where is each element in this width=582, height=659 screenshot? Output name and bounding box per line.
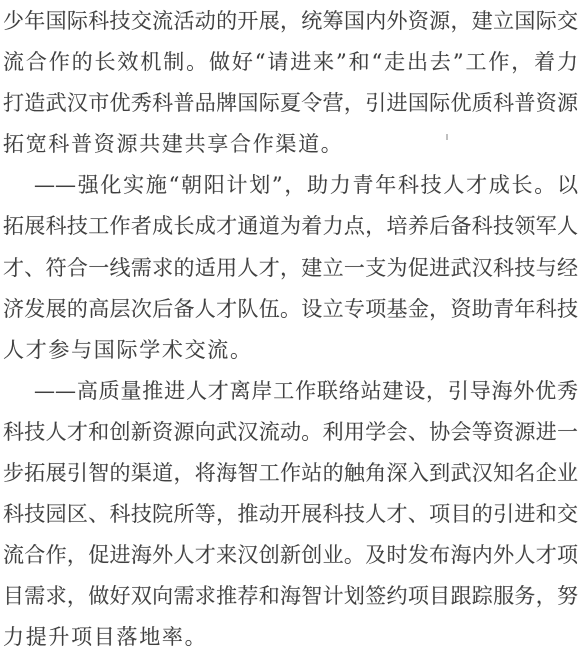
text-line-12: 步拓展引智的渠道，将海智工作站的触角深入到武汉知名企业 xyxy=(3,453,578,494)
text-line-2: 流合作的长效机制。做好“请进来”和“走出去”工作，着力 xyxy=(3,42,578,83)
text-line-8: 济发展的高层次后备人才队伍。设立专项基金，资助青年科技 xyxy=(3,289,578,330)
document-page: 少年国际科技交流活动的开展，统筹国内外资源，建立国际交 流合作的长效机制。做好“… xyxy=(0,0,582,659)
text-line-15: 目需求，做好双向需求推荐和海智计划签约项目跟踪服务，努 xyxy=(3,576,578,617)
text-line-4: 拓宽科普资源共建共享合作渠道。 xyxy=(3,124,578,165)
text-line-7: 才、符合一线需求的适用人才，建立一支为促进武汉科技与经 xyxy=(3,248,578,289)
text-line-16: 力提升项目落地率。 xyxy=(3,617,578,658)
text-line-13: 科技园区、科技院所等，推动开展科技人才、项目的引进和交 xyxy=(3,494,578,535)
scan-artifact-mark xyxy=(446,134,448,140)
text-line-6: 拓展科技工作者成长成才通道为着力点，培养后备科技领军人 xyxy=(3,206,578,247)
text-line-1: 少年国际科技交流活动的开展，统筹国内外资源，建立国际交 xyxy=(3,1,578,42)
text-line-3: 打造武汉市优秀科普品牌国际夏令营，引进国际优质科普资源 xyxy=(3,83,578,124)
text-line-10: ——高质量推进人才离岸工作联络站建设，引导海外优秀 xyxy=(3,371,578,412)
text-line-11: 科技人才和创新资源向武汉流动。利用学会、协会等资源进一 xyxy=(3,412,578,453)
text-line-9: 人才参与国际学术交流。 xyxy=(3,330,578,371)
text-line-14: 流合作，促进海外人才来汉创新创业。及时发布海内外人才项 xyxy=(3,535,578,576)
text-line-5: ——强化实施“朝阳计划”，助力青年科技人才成长。以 xyxy=(3,165,578,206)
